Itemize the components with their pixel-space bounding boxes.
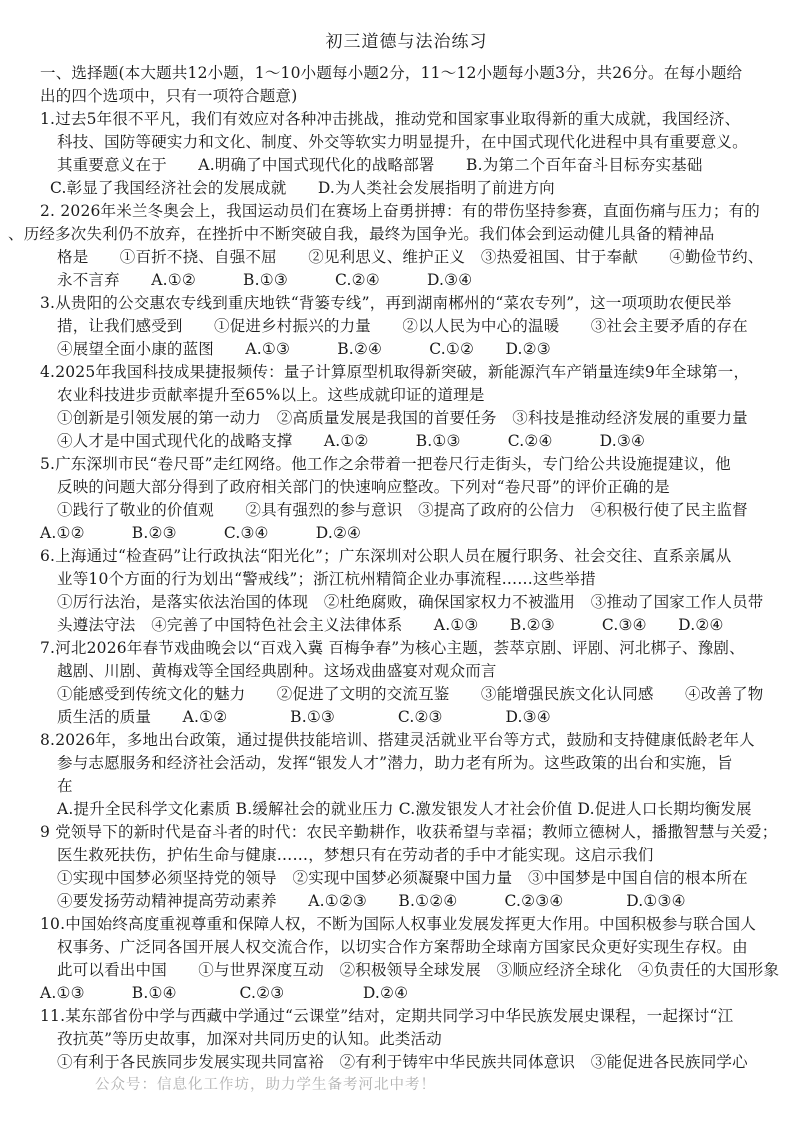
section-instructions: 一、选择题(本大题共12小题，1～10小题每小题2分，11～12小题每小题3分，… — [40, 62, 773, 108]
question-choices: ①实现中国梦必须坚持党的领导 ②实现中国梦必须凝聚中国力量 ③中国梦是中国自信的… — [57, 867, 773, 890]
question-text: 2. 2026年米兰冬奥会上，我国运动员们在赛场上奋勇拼搏：有的带伤坚持参赛，直… — [40, 200, 773, 223]
question-text: 3.从贵阳的公交惠农专线到重庆地铁“背篓专线”，再到湖南郴州的“菜农专列”，这一… — [40, 292, 773, 315]
question-choices: ①能感受到传统文化的魅力 ②促进了文明的交流互鉴 ③能增强民族文化认同感 ④改善… — [57, 683, 773, 706]
question-1: 1.过去5年很不平凡，我们有效应对各种冲击挑战，推动党和国家事业取得新的重大成就… — [40, 108, 773, 200]
question-text: 9 党领导下的新时代是奋斗者的时代：农民辛勤耕作，收获希望与幸福；教师立德树人，… — [40, 821, 773, 844]
question-text: 权事务、广泛同各国开展人权交流合作，以切实合作方案帮助全球南方国家民众更好实现生… — [57, 936, 773, 959]
question-text: 医生救死扶伤，护佑生命与健康……，梦想只有在劳动者的手中才能实现。这启示我们 — [57, 844, 773, 867]
question-options: A.提升全民科学文化素质 B.缓解社会的就业压力 C.激发银发人才社会价值 D.… — [57, 798, 773, 821]
question-9: 9 党领导下的新时代是奋斗者的时代：农民辛勤耕作，收获希望与幸福；教师立德树人，… — [40, 821, 773, 913]
question-text: 参与志愿服务和经济社会活动，发挥“银发人才”潜力，助力老有所为。这些政策的出台和… — [57, 752, 773, 775]
instructions-line-2: 出的四个选项中，只有一项符合题意) — [40, 85, 773, 108]
question-10: 10.中国始终高度重视尊重和保障人权，不断为国际人权事业发展发挥更大作用。中国积… — [40, 913, 773, 1005]
question-text: 5.广东深圳市民“卷尺哥”走红网络。他工作之余带着一把卷尺行走街头，专门给公共设… — [40, 453, 773, 476]
question-options: 质生活的质量 A.①② B.①③ C.②③ D.③④ — [57, 706, 773, 729]
question-3: 3.从贵阳的公交惠农专线到重庆地铁“背篓专线”，再到湖南郴州的“菜农专列”，这一… — [40, 292, 773, 361]
instructions-line-1: 一、选择题(本大题共12小题，1～10小题每小题2分，11～12小题每小题3分，… — [40, 62, 773, 85]
question-2: 2. 2026年米兰冬奥会上，我国运动员们在赛场上奋勇拼搏：有的带伤坚持参赛，直… — [40, 200, 773, 292]
question-options: ④展望全面小康的蓝图 A.①③ B.②④ C.①② D.②③ — [57, 338, 773, 361]
question-text: 孜抗英”等历史故事，加深对共同历史的认知。此类活动 — [57, 1028, 773, 1051]
question-choices: 此可以看出中国 ①与世界深度互动 ②积极领导全球发展 ③顺应经济全球化 ④负责任… — [57, 959, 773, 982]
question-8: 8.2026年，多地出台政策，通过提供技能培训、搭建灵活就业平台等方式，鼓励和支… — [40, 729, 773, 821]
question-text: 科技、国防等硬实力和文化、制度、外交等软实力明显提升，在中国式现代化进程中具有重… — [57, 131, 773, 154]
question-6: 6.上海通过“检查码”让行政执法“阳光化”；广东深圳对公职人员在履行职务、社会交… — [40, 545, 773, 637]
question-options: A.①② B.②③ C.③④ D.②④ — [40, 522, 773, 545]
question-options: C.彰显了我国经济社会的发展成就 D.为人类社会发展指明了前进方向 — [50, 177, 773, 200]
question-text: 业等10个方面的行为划出“警戒线”；浙江杭州精简企业办事流程……这些举措 — [57, 568, 773, 591]
question-text: 农业科技进步贡献率提升至65%以上。这些成就印证的道理是 — [57, 384, 773, 407]
question-7: 7.河北2026年春节戏曲晚会以“百戏入冀 百梅争春”为核心主题，荟萃京剧、评剧… — [40, 637, 773, 729]
question-text: 、历经多次失利仍不放弃，在挫折中不断突破自我，最终为国争光。我们体会到运动健儿具… — [8, 223, 773, 246]
page-title: 初三道德与法治练习 — [40, 30, 773, 54]
question-options: ④人才是中国式现代化的战略支撑 A.①② B.①③ C.②④ D.③④ — [57, 430, 773, 453]
question-options: A.①③ B.①④ C.②③ D.②④ — [40, 982, 773, 1005]
question-11: 11.某东部省份中学与西藏中学通过“云课堂”结对，定期共同学习中华民族发展史课程… — [40, 1005, 773, 1074]
question-options: 头遵法守法 ④完善了中国特色社会主义法律体系 A.①③ B.②③ C.③④ D.… — [57, 614, 773, 637]
question-options: ④要发扬劳动精神提高劳动素养 A.①②③ B.①②④ C.②③④ D.①③④ — [57, 890, 773, 913]
question-choices: ①厉行法治，是落实依法治国的体现 ②杜绝腐败，确保国家权力不被滥用 ③推动了国家… — [57, 591, 773, 614]
question-options: 永不言弃 A.①② B.①③ C.②④ D.③④ — [57, 269, 773, 292]
question-choices: 措，让我们感受到 ①促进乡村振兴的力量 ②以人民为中心的温暖 ③社会主要矛盾的存… — [57, 315, 773, 338]
question-text: 4.2025年我国科技成果捷报频传：量子计算原型机取得新突破，新能源汽车产销量连… — [40, 361, 773, 384]
question-text: 反映的问题大部分得到了政府相关部门的快速响应整改。下列对“卷尺哥”的评价正确的是 — [57, 476, 773, 499]
question-choices: ①有利于各民族同步发展实现共同富裕 ②有利于铸牢中华民族共同体意识 ③能促进各民… — [57, 1051, 773, 1074]
question-text: 8.2026年，多地出台政策，通过提供技能培训、搭建灵活就业平台等方式，鼓励和支… — [40, 729, 773, 752]
watermark-footer: 公众号：信息化工作坊，助力学生备考河北中考！ — [95, 1074, 773, 1097]
exam-page: 初三道德与法治练习 一、选择题(本大题共12小题，1～10小题每小题2分，11～… — [0, 0, 793, 1121]
question-4: 4.2025年我国科技成果捷报频传：量子计算原型机取得新突破，新能源汽车产销量连… — [40, 361, 773, 453]
question-text: 越剧、川剧、黄梅戏等全国经典剧种。这场戏曲盛宴对观众而言 — [57, 660, 773, 683]
question-choices: 格是 ①百折不挠、自强不屈 ②见利思义、维护正义 ③热爱祖国、甘于奉献 ④勤俭节… — [57, 246, 773, 269]
question-options: 其重要意义在于 A.明确了中国式现代化的战略部署 B.为第二个百年奋斗目标夯实基… — [57, 154, 773, 177]
question-text: 6.上海通过“检查码”让行政执法“阳光化”；广东深圳对公职人员在履行职务、社会交… — [40, 545, 773, 568]
question-5: 5.广东深圳市民“卷尺哥”走红网络。他工作之余带着一把卷尺行走街头，专门给公共设… — [40, 453, 773, 545]
question-text: 10.中国始终高度重视尊重和保障人权，不断为国际人权事业发展发挥更大作用。中国积… — [40, 913, 773, 936]
question-choices: ①创新是引领发展的第一动力 ②高质量发展是我国的首要任务 ③科技是推动经济发展的… — [57, 407, 773, 430]
question-text: 在 — [57, 775, 773, 798]
question-choices: ①践行了敬业的价值观 ②具有强烈的参与意识 ③提高了政府的公信力 ④积极行使了民… — [57, 499, 773, 522]
question-text: 1.过去5年很不平凡，我们有效应对各种冲击挑战，推动党和国家事业取得新的重大成就… — [40, 108, 773, 131]
question-text: 7.河北2026年春节戏曲晚会以“百戏入冀 百梅争春”为核心主题，荟萃京剧、评剧… — [40, 637, 773, 660]
question-text: 11.某东部省份中学与西藏中学通过“云课堂”结对，定期共同学习中华民族发展史课程… — [40, 1005, 773, 1028]
